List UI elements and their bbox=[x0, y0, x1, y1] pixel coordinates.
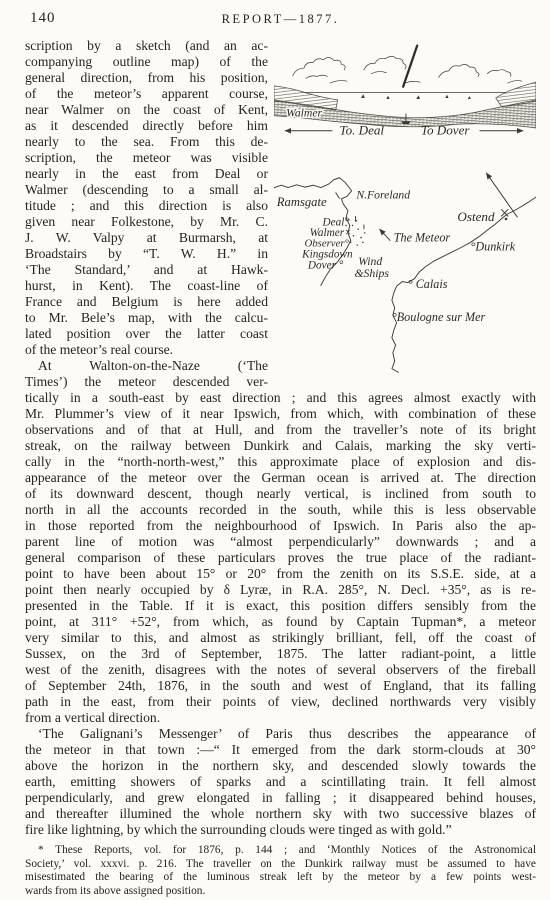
text-line: perpendicularly, and grew elongated in f… bbox=[25, 790, 536, 806]
text-line: fire like lightning, by which the surrou… bbox=[25, 822, 536, 838]
cloud-icon bbox=[293, 58, 345, 76]
meteor-streak bbox=[403, 46, 417, 87]
text-line: point, at 311° +52°, from which, as foun… bbox=[25, 614, 536, 630]
text-line: and thereafter illumined the whole north… bbox=[25, 806, 536, 822]
map-figure: Ramsgate N.Foreland Deal° Walmer× Observ… bbox=[274, 145, 536, 374]
text-line: lated position over the latter coast bbox=[25, 326, 268, 342]
map-label-kingsdown: Kingsdown bbox=[301, 248, 353, 260]
sketch-label-to-dover: To Dover bbox=[421, 122, 470, 137]
text-line: path in the east, from their points of v… bbox=[25, 694, 536, 710]
text-line: of September 24th, 1876, in the south an… bbox=[25, 678, 536, 694]
text-line: to Mr. Bele’s map, with the calcu- bbox=[25, 310, 268, 326]
text-line: of the meteor’s apparent course, bbox=[25, 86, 268, 102]
footnote: * These Reports, vol. for 1876, p. 144 ;… bbox=[25, 844, 536, 898]
text-line: of the meteor’s real course. bbox=[25, 342, 268, 358]
text-line: Walmer (descending to a small al- bbox=[25, 182, 268, 198]
text-line: streak, on the railway between Dunkirk a… bbox=[25, 438, 536, 454]
text-line: parent line of motion was “almost perpen… bbox=[25, 534, 536, 550]
paragraph-1: scription by a sketch (and an ac-company… bbox=[25, 38, 268, 358]
text-line: Mr. Plummer’s view of it near Ipswich, f… bbox=[25, 406, 536, 422]
map-label-ostend: Ostend bbox=[457, 209, 495, 224]
cloud-icon bbox=[306, 75, 328, 78]
text-line: At Walton-on-the-Naze (‘The bbox=[25, 358, 268, 374]
map-label-calais: ° Calais bbox=[408, 277, 448, 291]
text-line: in those reported from the neighbourhood… bbox=[25, 518, 536, 534]
text-line: Broadstairs by “T. W. H.” in bbox=[25, 246, 268, 262]
sketch-label-walmer: Walmer bbox=[286, 107, 322, 120]
ramsgate-mark bbox=[336, 193, 340, 199]
paragraph-2-start: At Walton-on-the-Naze (‘TheTimes’) the m… bbox=[25, 358, 268, 390]
text-line: ‘The Galignani’s Messenger’ of Paris thu… bbox=[25, 726, 536, 742]
text-line: * These Reports, vol. for 1876, p. 144 ;… bbox=[25, 844, 536, 858]
text-line: as it descended directly before him bbox=[25, 118, 268, 134]
map-label-ships: &Ships bbox=[354, 267, 389, 280]
text-line: general direction, from his position, bbox=[25, 70, 268, 86]
text-line: point then nearly occupied by δ Lyræ, in… bbox=[25, 582, 536, 598]
document-page: 140 REPORT—1877. scription by a sketch (… bbox=[0, 0, 550, 900]
text-line: from a vertical direction. bbox=[25, 710, 536, 726]
text-line: the meteor in that town :—“ It emerged f… bbox=[25, 742, 536, 758]
text-line: wards from its above assigned position. bbox=[25, 885, 536, 899]
text-line: near Walmer on the coast of Kent, bbox=[25, 102, 268, 118]
text-line: observations and of that at Hull, and fr… bbox=[25, 422, 536, 438]
text-line: Society,’ vol. xxxvi. p. 216. The travel… bbox=[25, 858, 536, 872]
cloud-icon bbox=[330, 81, 347, 83]
text-line: very similar to this, and almost as stri… bbox=[25, 630, 536, 646]
text-line: appearance of the meteor over the German… bbox=[25, 470, 536, 486]
text-line: companying outline map) of the bbox=[25, 54, 268, 70]
two-column-section: scription by a sketch (and an ac-company… bbox=[25, 38, 536, 390]
full-width-section: tically in a south-east by east directio… bbox=[25, 390, 536, 838]
text-line: misestimated the bearing of the luminous… bbox=[25, 871, 536, 885]
text-line: scription, the meteor was visible bbox=[25, 150, 268, 166]
text-line: Sussex, on the 3rd of September, 1875. T… bbox=[25, 646, 536, 662]
text-line: earth, emitting showers of sparks and a … bbox=[25, 774, 536, 790]
text-line: north in all the accounts recorded in th… bbox=[25, 502, 536, 518]
cloud-icon bbox=[371, 72, 386, 74]
text-line: general comparison of these particulars … bbox=[25, 550, 536, 566]
paragraph-2-continued: tically in a south-east by east directio… bbox=[25, 390, 536, 726]
figure-column: Walmer To. Deal To Dover Ramsgate N.Fore… bbox=[268, 38, 536, 374]
map-label-ramsgate: Ramsgate bbox=[276, 195, 327, 209]
cloud-icon bbox=[508, 81, 522, 83]
text-line: nearly to the sea. From this de- bbox=[25, 134, 268, 150]
map-label-boulogne: °Boulogne sur Mer bbox=[392, 310, 486, 324]
page-number: 140 bbox=[30, 10, 56, 27]
cloud-icon bbox=[439, 65, 479, 78]
text-line: scription by a sketch (and an ac- bbox=[25, 38, 268, 54]
text-line: presented in the Table. If it is exact, … bbox=[25, 598, 536, 614]
cloud-icon bbox=[405, 81, 420, 83]
map-label-dunkirk: °Dunkirk bbox=[471, 240, 516, 254]
cloud-icon bbox=[364, 56, 406, 70]
text-line: above the horizon in the northern sky, a… bbox=[25, 758, 536, 774]
sketch-label-to-deal: To. Deal bbox=[340, 122, 385, 137]
map-label-the-meteor: The Meteor bbox=[394, 230, 451, 244]
text-line: ‘The Standard,’ and at Hawk- bbox=[25, 262, 268, 278]
page-header: 140 REPORT—1877. bbox=[25, 10, 536, 30]
map-label-dover: Dover ° bbox=[307, 260, 344, 272]
text-line: Times’) the meteor descended ver- bbox=[25, 374, 268, 390]
text-line: cally in the “north-north-west,” this ap… bbox=[25, 454, 536, 470]
text-line: France and Belgium is here added bbox=[25, 294, 268, 310]
explosion-x-mark bbox=[501, 210, 508, 217]
cloud-icon bbox=[487, 70, 511, 77]
running-title: REPORT—1877. bbox=[25, 10, 536, 27]
text-line: tically in a south-east by east directio… bbox=[25, 390, 536, 406]
map-label-wind: Wind bbox=[358, 255, 382, 268]
distant-boats bbox=[361, 94, 471, 99]
text-line: of its downward descent, though nearly v… bbox=[25, 486, 536, 502]
text-line: west of the zenith, disagrees with the n… bbox=[25, 662, 536, 678]
text-line: given near Folkestone, by Mr. C. bbox=[25, 214, 268, 230]
text-line: J. W. Valpy at Burmarsh, at bbox=[25, 230, 268, 246]
left-text-column: scription by a sketch (and an ac-company… bbox=[25, 38, 268, 390]
text-line: titude ; and this direction is also bbox=[25, 198, 268, 214]
meteor-direction-arrow-icon bbox=[380, 229, 390, 240]
ostend-dot bbox=[505, 218, 508, 221]
paragraph-3: ‘The Galignani’s Messenger’ of Paris thu… bbox=[25, 726, 536, 838]
text-line: point to have been about 15° or 20° from… bbox=[25, 566, 536, 582]
text-line: nearly in the east from Deal or bbox=[25, 166, 268, 182]
sketch-figure: Walmer To. Deal To Dover bbox=[274, 40, 536, 141]
cloud-outlines bbox=[293, 56, 522, 83]
text-line: hurst, in Kent). The coast-line of bbox=[25, 278, 268, 294]
map-label-n-foreland: N.Foreland bbox=[355, 188, 410, 201]
